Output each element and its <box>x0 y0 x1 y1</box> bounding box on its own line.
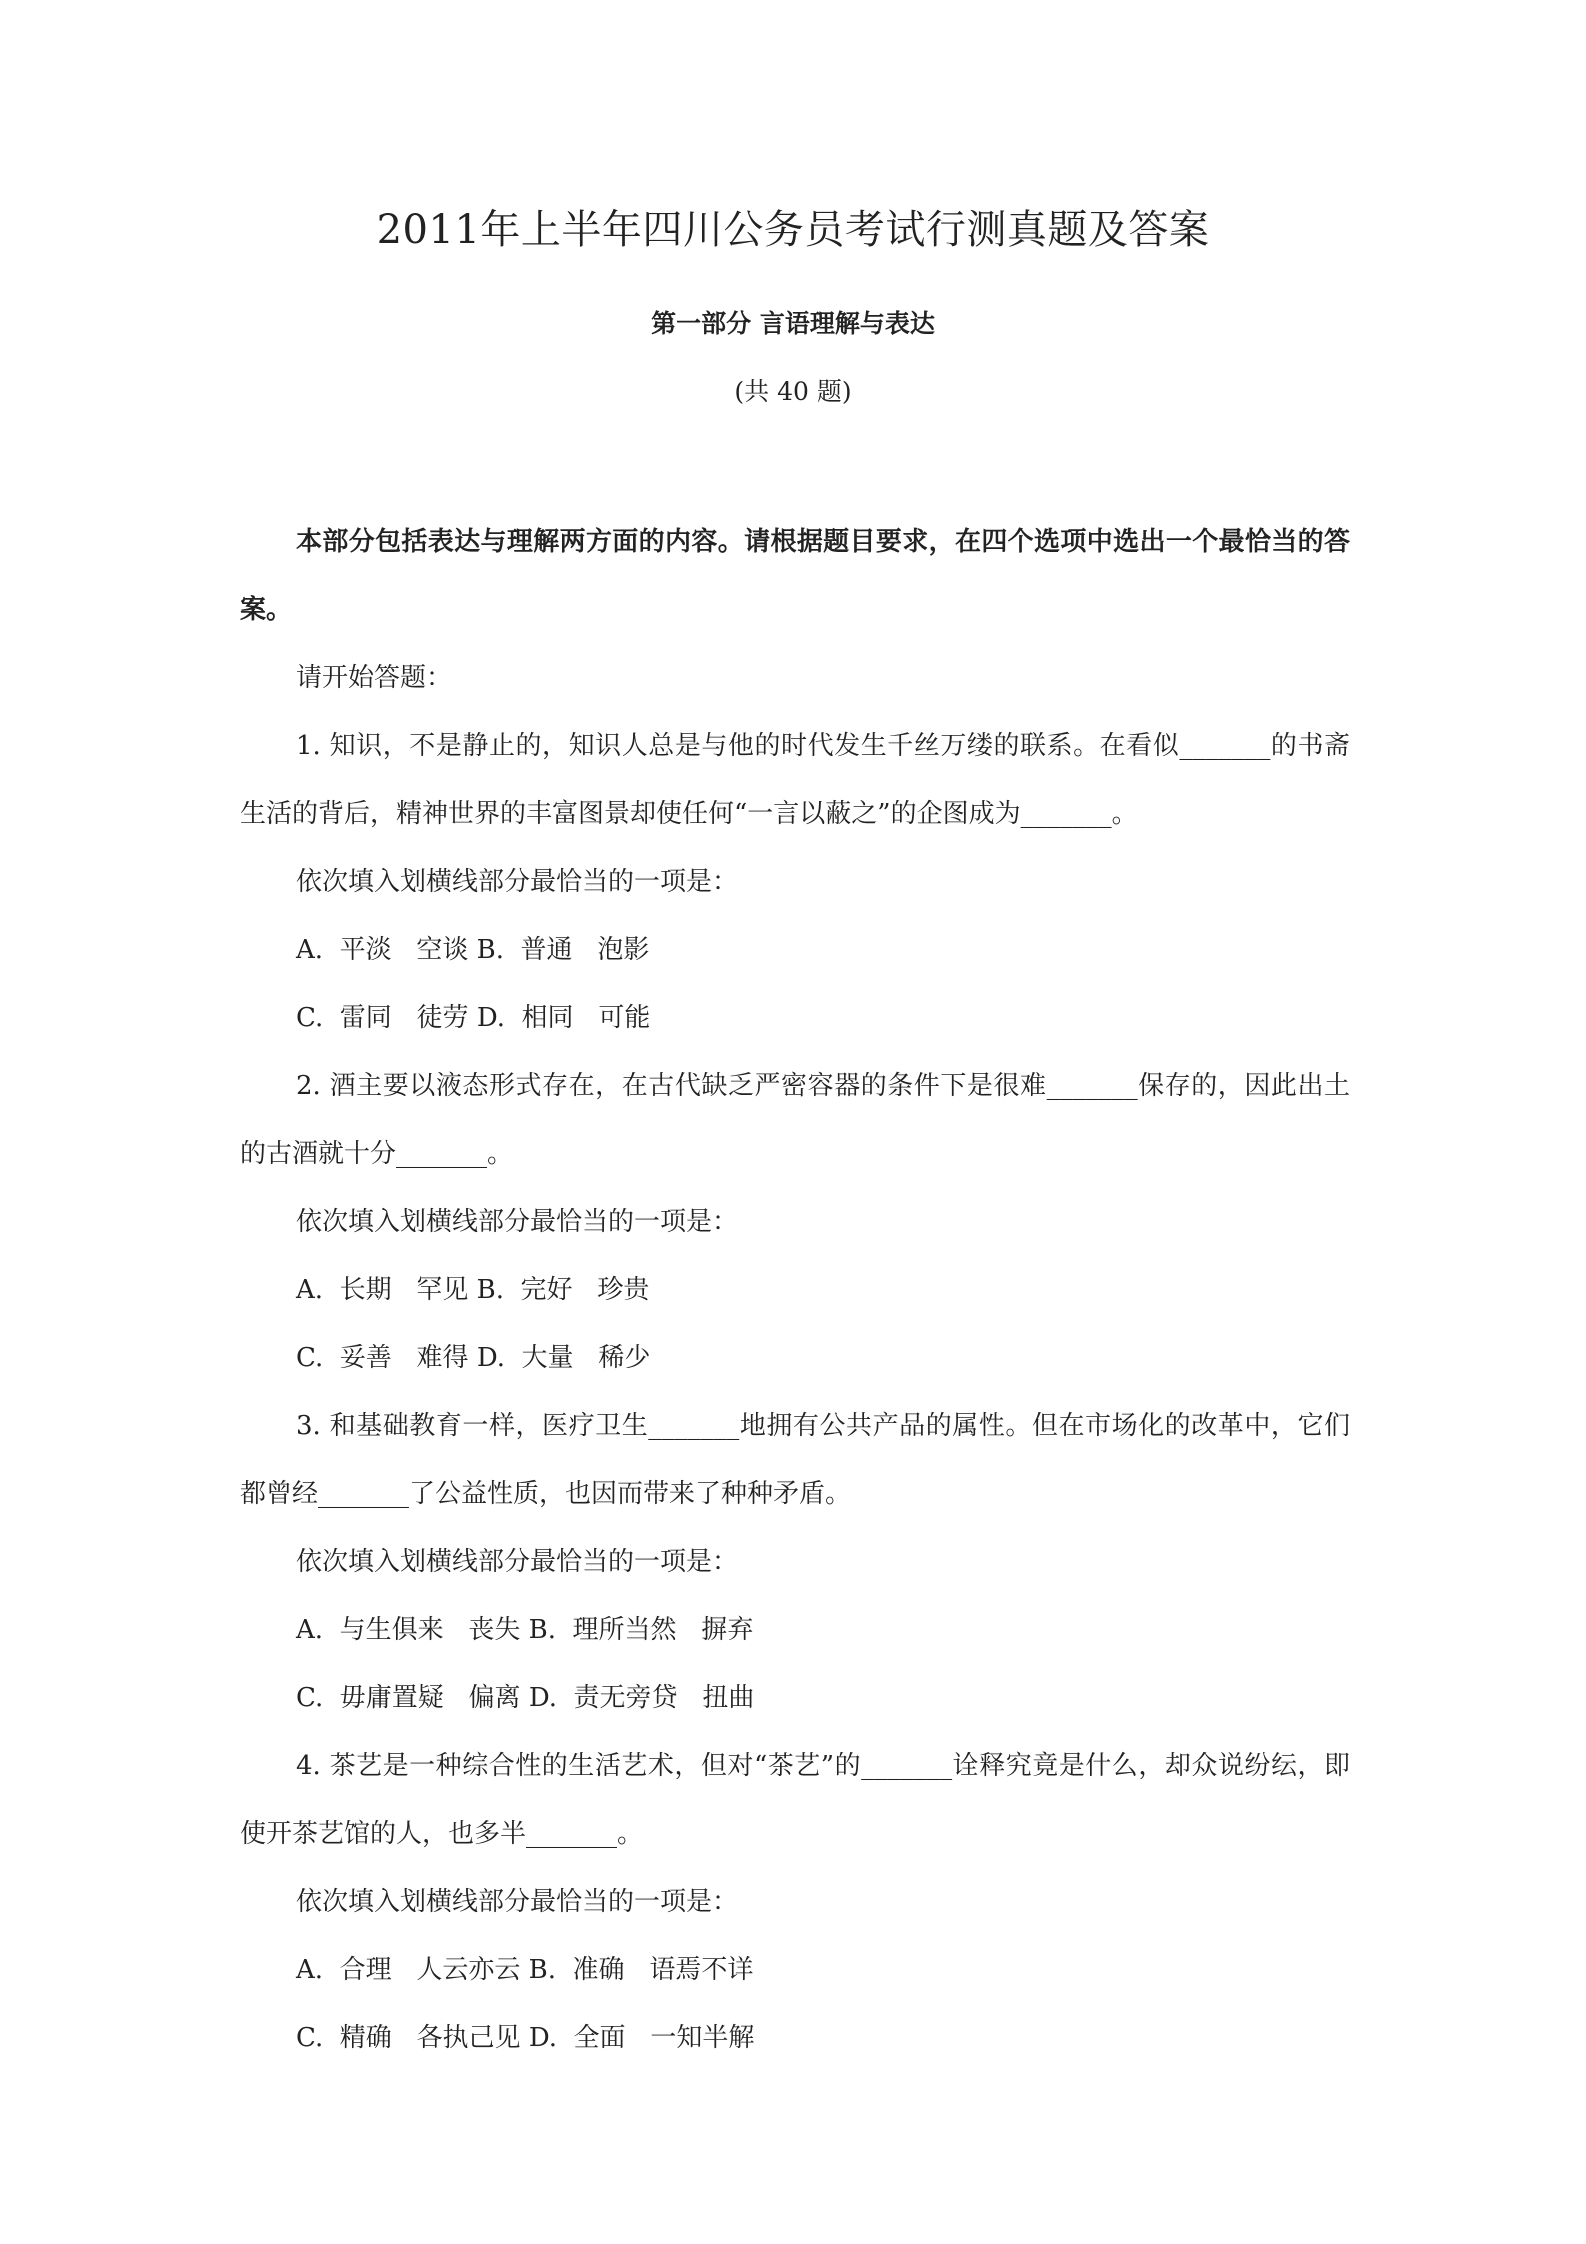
question-stem: 2. 酒主要以液态形式存在，在古代缺乏严密容器的条件下是很难_______保存的… <box>240 1052 1350 1188</box>
question-2: 2. 酒主要以液态形式存在，在古代缺乏严密容器的条件下是很难_______保存的… <box>240 1052 1350 1392</box>
question-instruction: 依次填入划横线部分最恰当的一项是： <box>240 1868 1350 1936</box>
start-prompt: 请开始答题： <box>240 644 1350 712</box>
question-stem: 4. 茶艺是一种综合性的生活艺术，但对“茶艺”的_______诠释究竟是什么，却… <box>240 1732 1350 1868</box>
section-title: 第一部分 言语理解与表达 <box>0 306 1586 342</box>
document-body: 本部分包括表达与理解两方面的内容。请根据题目要求，在四个选项中选出一个最恰当的答… <box>240 508 1350 2072</box>
question-instruction: 依次填入划横线部分最恰当的一项是： <box>240 1528 1350 1596</box>
question-3: 3. 和基础教育一样，医疗卫生_______地拥有公共产品的属性。但在市场化的改… <box>240 1392 1350 1732</box>
question-instruction: 依次填入划横线部分最恰当的一项是： <box>240 848 1350 916</box>
question-instruction: 依次填入划横线部分最恰当的一项是： <box>240 1188 1350 1256</box>
options-row-ab: A. 长期 罕见 B. 完好 珍贵 <box>240 1256 1350 1324</box>
options-row-cd: C. 妥善 难得 D. 大量 稀少 <box>240 1324 1350 1392</box>
question-1: 1. 知识，不是静止的，知识人总是与他的时代发生千丝万缕的联系。在看似_____… <box>240 712 1350 1052</box>
section-question-count: (共 40 题) <box>0 374 1586 410</box>
question-stem: 3. 和基础教育一样，医疗卫生_______地拥有公共产品的属性。但在市场化的改… <box>240 1392 1350 1528</box>
question-4: 4. 茶艺是一种综合性的生活艺术，但对“茶艺”的_______诠释究竟是什么，却… <box>240 1732 1350 2072</box>
section-intro: 本部分包括表达与理解两方面的内容。请根据题目要求，在四个选项中选出一个最恰当的答… <box>240 508 1350 644</box>
options-row-cd: C. 雷同 徒劳 D. 相同 可能 <box>240 984 1350 1052</box>
options-row-ab: A. 与生俱来 丧失 B. 理所当然 摒弃 <box>240 1596 1350 1664</box>
options-row-cd: C. 精确 各执己见 D. 全面 一知半解 <box>240 2004 1350 2072</box>
options-row-cd: C. 毋庸置疑 偏离 D. 责无旁贷 扭曲 <box>240 1664 1350 1732</box>
document-page: 2011年上半年四川公务员考试行测真题及答案 第一部分 言语理解与表达 (共 4… <box>0 0 1586 2244</box>
document-title: 2011年上半年四川公务员考试行测真题及答案 <box>0 202 1586 258</box>
options-row-ab: A. 平淡 空谈 B. 普通 泡影 <box>240 916 1350 984</box>
options-row-ab: A. 合理 人云亦云 B. 准确 语焉不详 <box>240 1936 1350 2004</box>
question-stem: 1. 知识，不是静止的，知识人总是与他的时代发生千丝万缕的联系。在看似_____… <box>240 712 1350 848</box>
